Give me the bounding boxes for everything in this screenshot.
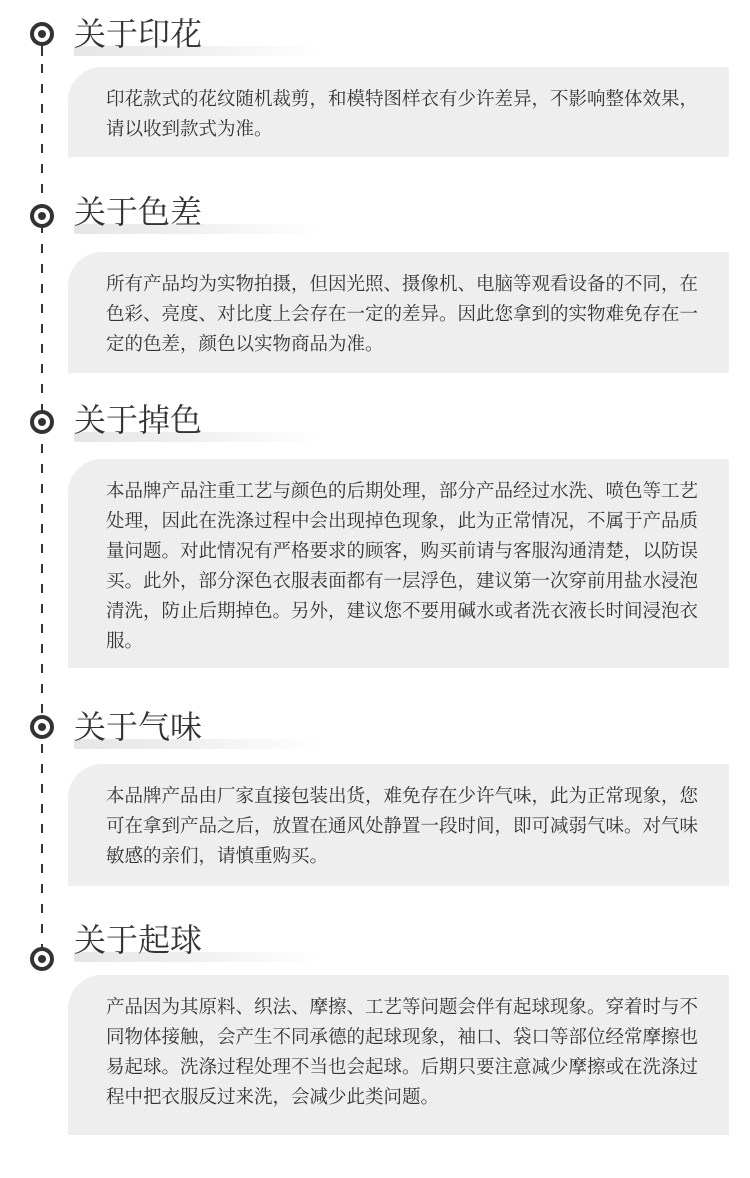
timeline-dashed-line: [41, 44, 43, 949]
section-card: 产品因为其原料、织法、摩擦、工艺等问题会伴有起球现象。穿着时与不同物体接触，会产…: [68, 975, 729, 1135]
section-body: 本品牌产品由厂家直接包装出货，难免存在少许气味，此为正常现象，您可在拿到产品之后…: [106, 782, 705, 872]
target-circle-icon: [30, 715, 54, 739]
section-heading: 关于色差: [74, 192, 202, 232]
timeline-stem: [41, 46, 43, 56]
section-heading: 关于起球: [74, 920, 202, 960]
section-body: 产品因为其原料、织法、摩擦、工艺等问题会伴有起球现象。穿着时与不同物体接触，会产…: [106, 993, 705, 1113]
target-circle-icon: [30, 204, 54, 228]
section-heading: 关于气味: [74, 707, 202, 747]
section-title: 关于气味: [74, 707, 202, 747]
target-circle-icon: [30, 22, 54, 46]
section-body: 所有产品均为实物拍摄，但因光照、摄像机、电脑等观看设备的不同，在色彩、亮度、对比…: [106, 270, 705, 360]
target-circle-icon: [30, 947, 54, 971]
section-heading: 关于印花: [74, 14, 202, 54]
section-body: 本品牌产品注重工艺与颜色的后期处理，部分产品经过水洗、喷色等工艺处理，因此在洗涤…: [106, 477, 705, 657]
section-title: 关于起球: [74, 920, 202, 960]
section-card: 所有产品均为实物拍摄，但因光照、摄像机、电脑等观看设备的不同，在色彩、亮度、对比…: [68, 252, 729, 373]
section-card: 印花款式的花纹随机裁剪，和模特图样衣有少许差异，不影响整体效果，请以收到款式为准…: [68, 67, 729, 157]
section-title: 关于色差: [74, 192, 202, 232]
section-title: 关于印花: [74, 14, 202, 54]
section-card: 本品牌产品注重工艺与颜色的后期处理，部分产品经过水洗、喷色等工艺处理，因此在洗涤…: [68, 459, 729, 668]
section-title: 关于掉色: [74, 400, 202, 440]
target-circle-icon: [30, 410, 54, 434]
section-body: 印花款式的花纹随机裁剪，和模特图样衣有少许差异，不影响整体效果，请以收到款式为准…: [106, 85, 705, 145]
section-card: 本品牌产品由厂家直接包装出货，难免存在少许气味，此为正常现象，您可在拿到产品之后…: [68, 764, 729, 886]
section-heading: 关于掉色: [74, 400, 202, 440]
